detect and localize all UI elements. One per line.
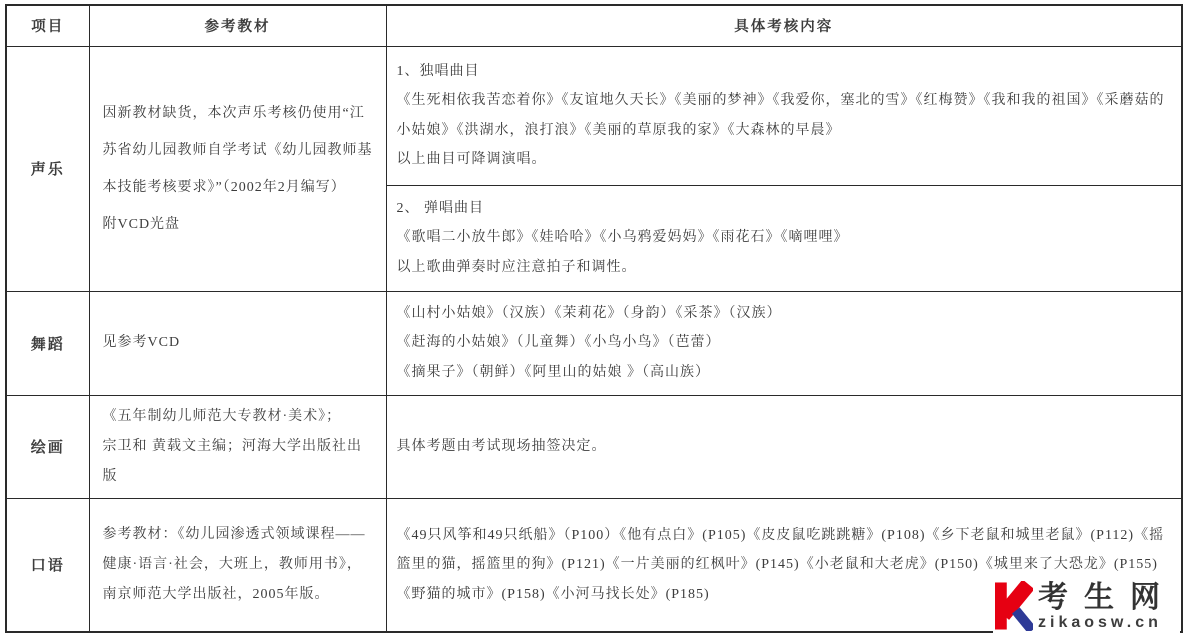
material-cell-oral: 参考教材：《幼儿园渗透式领域课程——健康·语言·社会，大班上，教师用书》，南京师… [89,498,386,632]
k-logo-icon [995,581,1033,631]
header-material: 参考教材 [89,5,386,46]
exam-requirements-document: 项目 参考教材 具体考核内容 声乐 因新教材缺货，本次声乐考核仍使用“江苏省幼儿… [0,0,1186,637]
table-header-row: 项目 参考教材 具体考核内容 [6,5,1182,46]
content-cell-dance: 《山村小姑娘》（汉族）《茉莉花》（身韵）《采茶》（汉族） 《赶海的小姑娘》（儿童… [386,291,1182,395]
table-row-dance: 舞蹈 见参考VCD 《山村小姑娘》（汉族）《茉莉花》（身韵）《采茶》（汉族） 《… [6,291,1182,395]
header-project: 项目 [6,5,89,46]
zikaosw-watermark: 考生网 zikaosw.cn [993,579,1180,633]
project-label-dance: 舞蹈 [6,291,89,395]
brand-name: 考生网 [1038,582,1176,614]
table-row-painting: 绘画 《五年制幼儿师范大专教材·美术》； 宗卫和 黄载文主编；河海大学出版社出版… [6,395,1182,498]
table-row-vocal: 声乐 因新教材缺货，本次声乐考核仍使用“江苏省幼儿园教师自学考试《幼儿园教师基本… [6,46,1182,185]
project-label-oral: 口语 [6,498,89,632]
content-cell-vocal-playsing: 2、 弹唱曲目 《歌唱二小放牛郎》《娃哈哈》《小乌鸦爱妈妈》《雨花石》《嘀哩哩》… [386,185,1182,291]
content-cell-painting: 具体考题由考试现场抽签决定。 [386,395,1182,498]
brand-text: 考生网 zikaosw.cn [1038,582,1176,631]
brand-domain: zikaosw.cn [1038,614,1162,631]
material-cell-dance: 见参考VCD [89,291,386,395]
content-cell-vocal-solo: 1、独唱曲目 《生死相依我苦恋着你》《友谊地久天长》《美丽的梦神》《我爱你，塞北… [386,46,1182,185]
material-cell-painting: 《五年制幼儿师范大专教材·美术》； 宗卫和 黄载文主编；河海大学出版社出版 [89,395,386,498]
header-content: 具体考核内容 [386,5,1182,46]
project-label-vocal: 声乐 [6,46,89,291]
material-cell-vocal: 因新教材缺货，本次声乐考核仍使用“江苏省幼儿园教师自学考试《幼儿园教师基本技能考… [89,46,386,291]
project-label-painting: 绘画 [6,395,89,498]
exam-table: 项目 参考教材 具体考核内容 声乐 因新教材缺货，本次声乐考核仍使用“江苏省幼儿… [5,4,1183,633]
